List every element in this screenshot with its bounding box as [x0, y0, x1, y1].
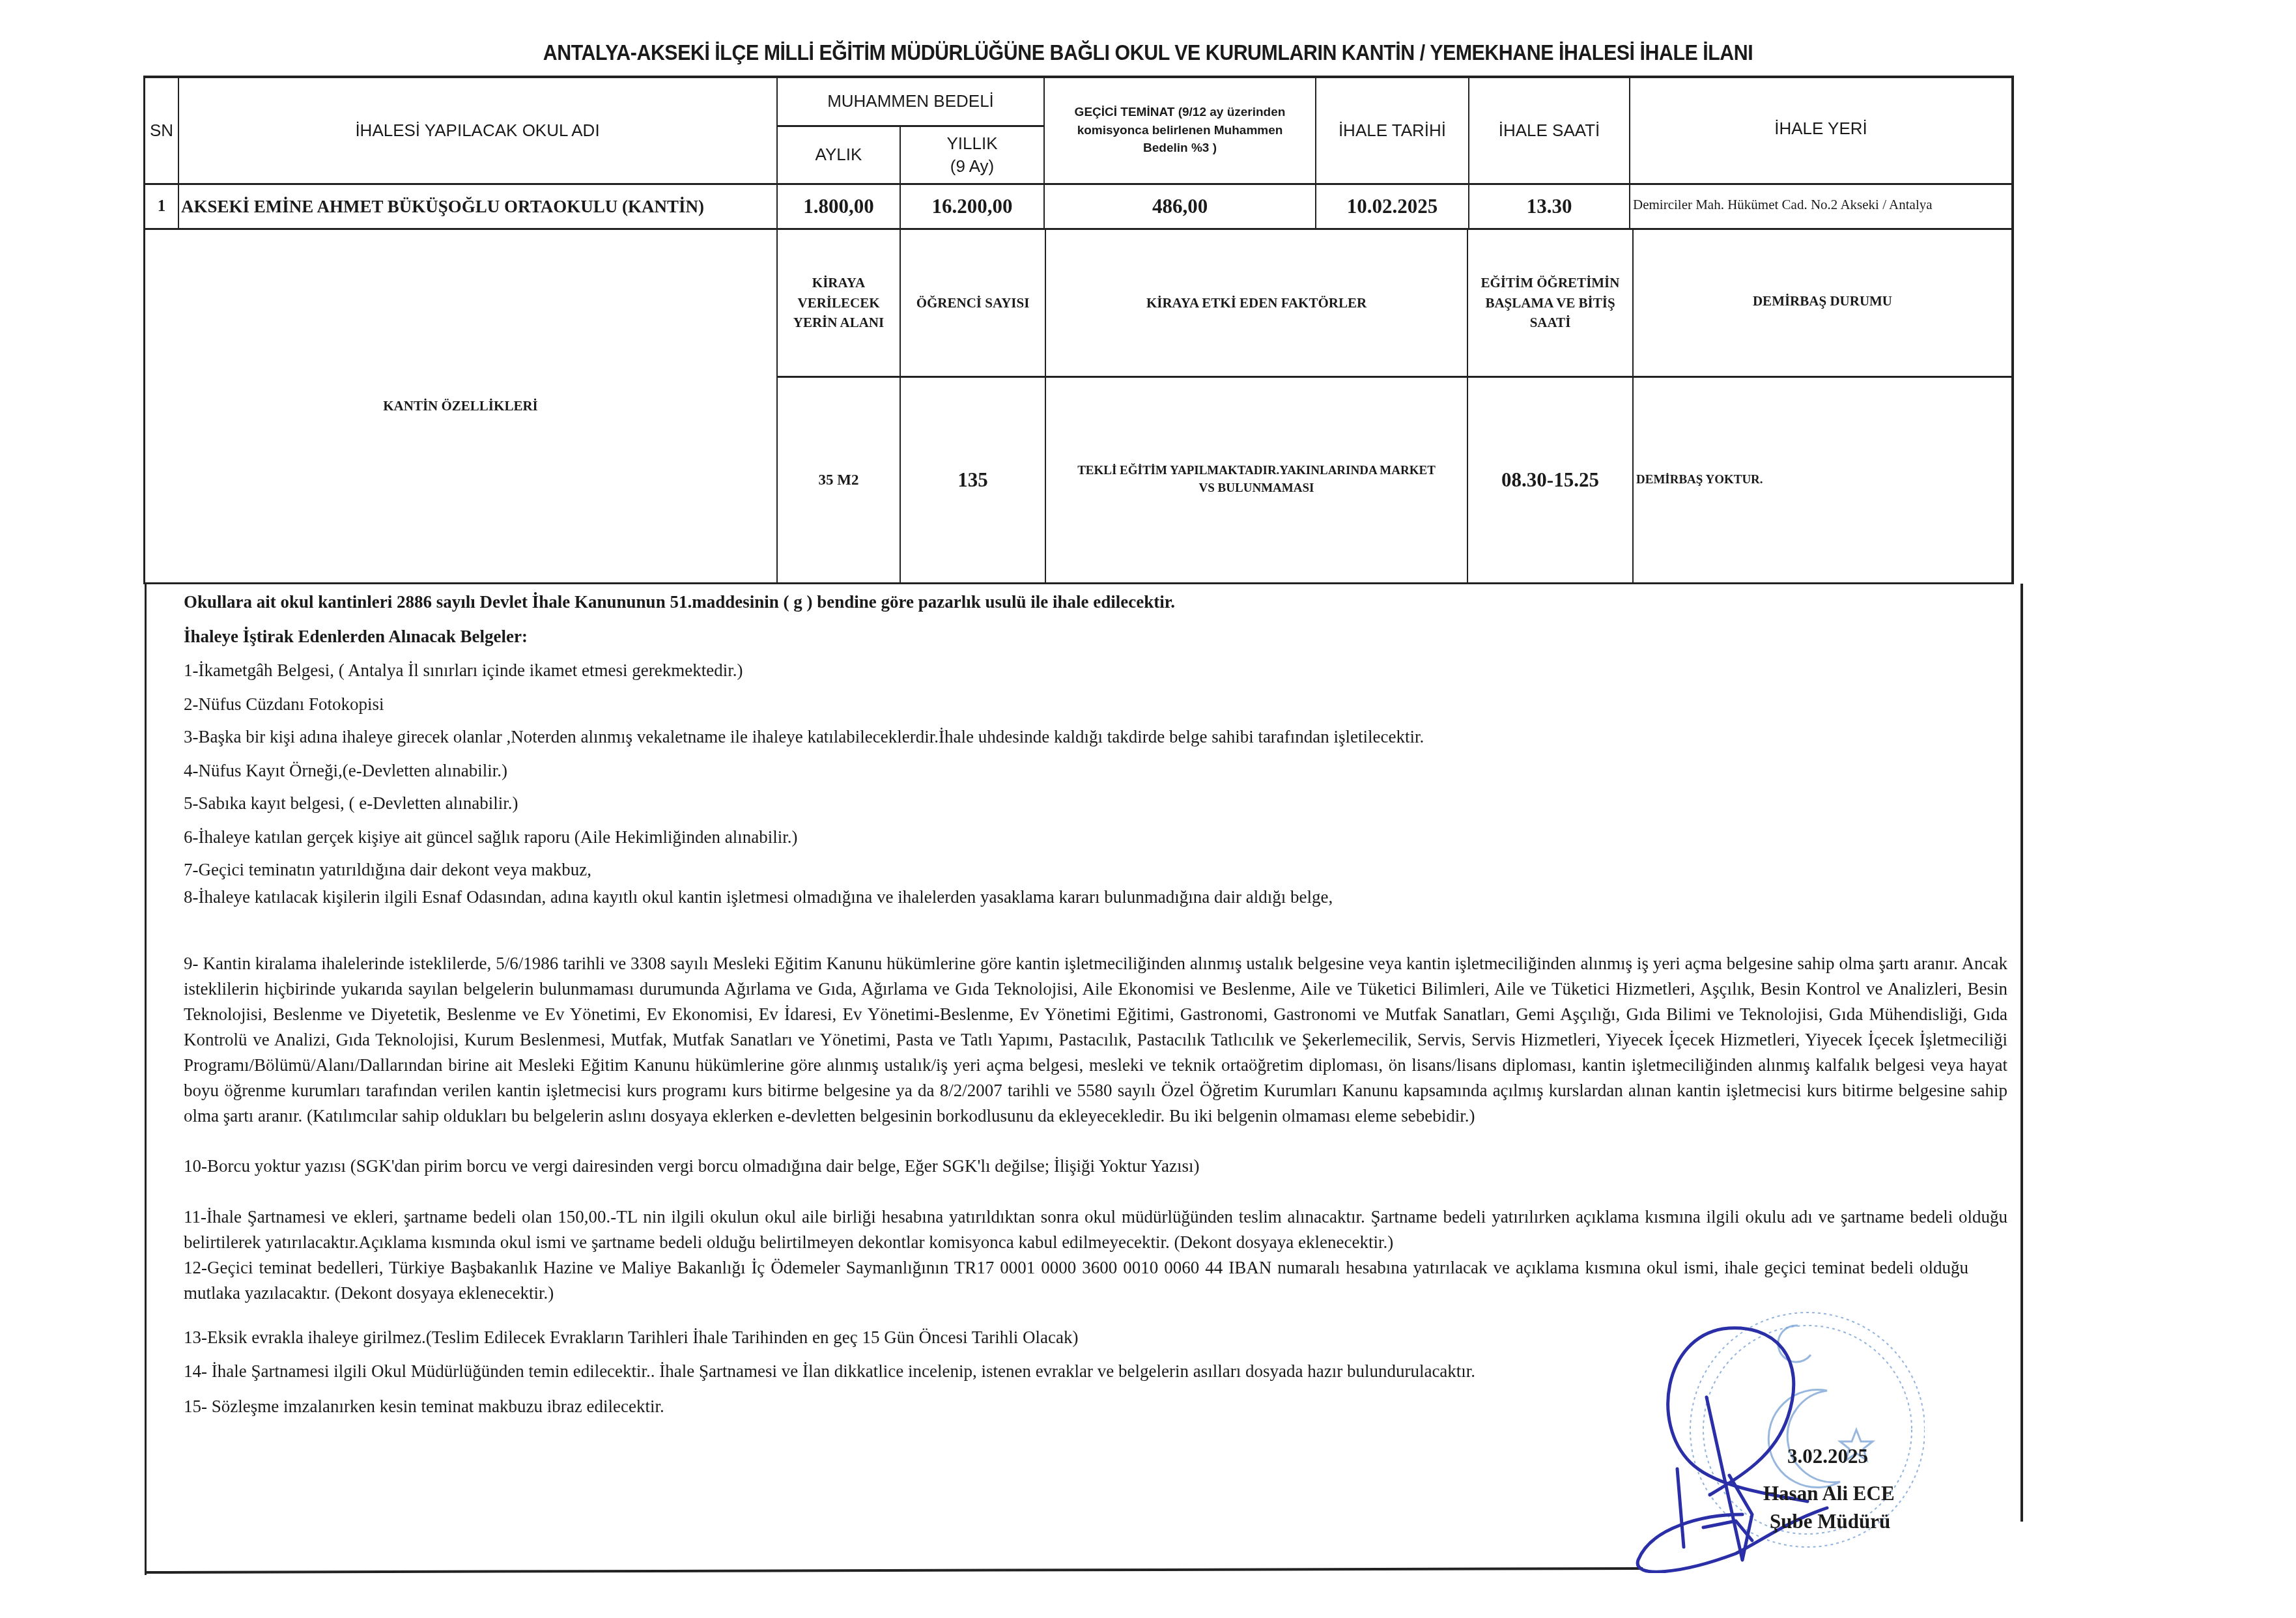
- header-rent-factors: KİRAYA ETKİ EDEN FAKTÖRLER: [1046, 230, 1467, 376]
- conditions-intro: Okullara ait okul kantinleri 2886 sayılı…: [184, 593, 1175, 611]
- header-monthly: AYLIK: [778, 127, 900, 183]
- condition-item-5: 5-Sabıka kayıt belgesi, ( e-Devletten al…: [184, 795, 518, 812]
- signatory-name: Hasan Ali ECE: [1763, 1482, 1895, 1505]
- condition-item-15: 15- Sözleşme imzalanırken kesin teminat …: [184, 1398, 664, 1415]
- condition-item-14: 14- İhale Şartnamesi ilgili Okul Müdürlü…: [184, 1363, 1475, 1380]
- signatory-title: Şube Müdürü: [1770, 1510, 1890, 1533]
- header-school-hours: EĞİTİM ÖĞRETİMİN BAŞLAMA VE BİTİŞ SAATİ: [1468, 230, 1632, 376]
- condition-item-3: 3-Başka bir kişi adına ihaleye girecek o…: [184, 728, 1424, 746]
- condition-item-8: 8-İhaleye katılacak kişilerin ilgili Esn…: [184, 888, 1333, 906]
- header-guarantee: GEÇİCİ TEMİNAT (9/12 ay üzerinden komisy…: [1045, 78, 1315, 183]
- header-yearly-label: YILLIK: [946, 132, 997, 155]
- document-title: ANTALYA-AKSEKİ İLÇE MİLLİ EĞİTİM MÜDÜRLÜ…: [92, 40, 2204, 65]
- header-sn: SN: [145, 78, 178, 183]
- header-student-count: ÖĞRENCİ SAYISI: [901, 230, 1045, 376]
- body-border-right: [2020, 584, 2023, 1522]
- row-monthly-price: 1.800,00: [778, 185, 900, 228]
- header-date: İHALE TARİHİ: [1316, 78, 1468, 183]
- table-border-right: [2011, 76, 2014, 230]
- row-time: 13.30: [1469, 185, 1629, 228]
- row-date: 10.02.2025: [1316, 185, 1468, 228]
- condition-item-7: 7-Geçici teminatın yatırıldığına dair de…: [184, 861, 591, 879]
- condition-item-6: 6-İhaleye katılan gerçek kişiye ait günc…: [184, 829, 797, 846]
- row-school-name: AKSEKİ EMİNE AHMET BÜKÜŞOĞLU ORTAOKULU (…: [181, 185, 776, 228]
- row-sn: 1: [145, 185, 178, 228]
- header-yearly-period: (9 Ay): [950, 155, 994, 178]
- header-fixtures: DEMİRBAŞ DURUMU: [1634, 230, 2011, 372]
- condition-item-1: 1-İkametgâh Belgesi, ( Antalya İl sınırl…: [184, 662, 743, 679]
- body-border-left: [145, 584, 147, 1575]
- value-rental-area: 35 M2: [778, 378, 900, 582]
- documents-heading: İhaleye İştirak Edenlerden Alınacak Belg…: [184, 628, 528, 646]
- body-border-bottom: [145, 1567, 1643, 1574]
- features-border-right: [2011, 228, 2014, 584]
- condition-item-2: 2-Nüfus Cüzdanı Fotokopisi: [184, 696, 384, 713]
- condition-item-9: 9- Kantin kiralama ihalelerinde isteklil…: [184, 951, 2007, 1129]
- row-yearly-price: 16.200,00: [901, 185, 1043, 228]
- value-fixtures: DEMİRBAŞ YOKTUR.: [1636, 378, 2011, 582]
- header-rental-area: KİRAYA VERİLECEK YERİN ALANI: [778, 230, 900, 376]
- header-time: İHALE SAATİ: [1469, 78, 1629, 183]
- features-bottom-divider: [143, 582, 2014, 584]
- value-student-count: 135: [901, 378, 1045, 582]
- row-guarantee: 486,00: [1045, 185, 1315, 228]
- header-estimated-price: MUHAMMEN BEDELİ: [778, 78, 1043, 125]
- header-yearly: YILLIK (9 Ay): [901, 127, 1043, 183]
- condition-item-4: 4-Nüfus Kayıt Örneği,(e-Devletten alınab…: [184, 762, 507, 780]
- signature-date: 3.02.2025: [1787, 1445, 1868, 1468]
- value-school-hours: 08.30-15.25: [1468, 378, 1632, 582]
- header-place: İHALE YERİ: [1630, 78, 2011, 179]
- header-school-name: İHALESİ YAPILACAK OKUL ADI: [178, 78, 776, 183]
- condition-item-13: 13-Eksik evrakla ihaleye girilmez.(Tesli…: [184, 1329, 1078, 1346]
- condition-item-10: 10-Borcu yoktur yazısı (SGK'dan pirim bo…: [184, 1157, 1199, 1175]
- canteen-features-label: KANTİN ÖZELLİKLERİ: [145, 230, 776, 582]
- row-place: Demirciler Mah. Hükümet Cad. No.2 Akseki…: [1633, 185, 2011, 224]
- value-rent-factors: TEKLİ EĞİTİM YAPILMAKTADIR.YAKINLARINDA …: [1046, 378, 1467, 582]
- condition-item-11: 11-İhale Şartnamesi ve ekleri, şartname …: [184, 1204, 2007, 1255]
- condition-item-12: 12-Geçici teminat bedelleri, Türkiye Baş…: [184, 1255, 1968, 1306]
